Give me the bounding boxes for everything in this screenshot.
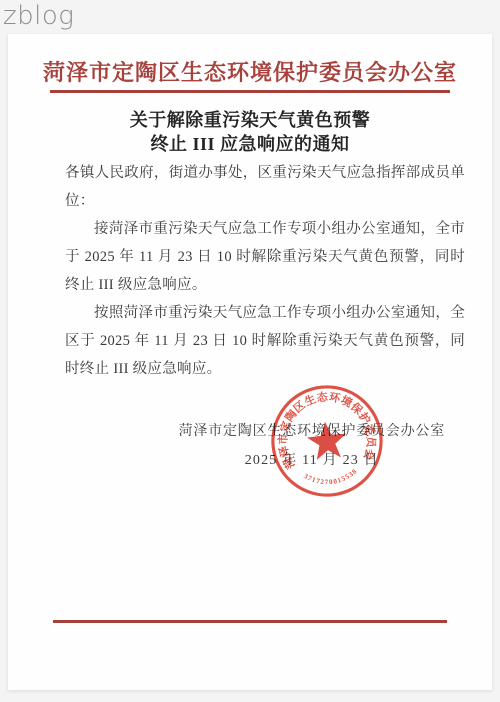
document-title-line1: 关于解除重污染天气黄色预警 xyxy=(8,108,492,132)
site-logo[interactable]: zblog xyxy=(3,1,74,31)
document-org-header: 菏泽市定陶区生态环境保护委员会办公室 xyxy=(8,56,492,87)
signature-org: 菏泽市定陶区生态环境保护委员会办公室 xyxy=(179,424,445,440)
svg-text:3717270015538: 3717270015538 xyxy=(302,467,361,489)
header-divider-line xyxy=(50,90,450,93)
official-notice-document: 菏泽市定陶区生态环境保护委员会办公室 关于解除重污染天气黄色预警 终止 III … xyxy=(8,34,492,690)
document-title: 关于解除重污染天气黄色预警 终止 III 应急响应的通知 xyxy=(8,108,492,156)
signature-date: 2025 年 11 月 23 日 xyxy=(179,453,445,469)
body-paragraph: 接菏泽市重污染天气应急工作专项小组办公室通知，全市于 2025 年 11 月 2… xyxy=(65,215,465,299)
signature-block: 菏泽市定陶区生态环境保护委员会办公室 2025 年 11 月 23 日 xyxy=(179,424,445,469)
document-title-line2: 终止 III 应急响应的通知 xyxy=(8,132,492,156)
salutation-line: 各镇人民政府，街道办事处，区重污染天气应急指挥部成员单位： xyxy=(65,159,465,215)
blog-page: zblog 菏泽市定陶区生态环境保护委员会办公室 关于解除重污染天气黄色预警 终… xyxy=(0,0,500,702)
body-paragraph: 按照菏泽市重污染天气应急工作专项小组办公室通知，全区于 2025 年 11 月 … xyxy=(65,299,465,383)
stamp-serial-number: 3717270015538 xyxy=(302,467,361,489)
footer-divider-line xyxy=(53,620,447,623)
document-body: 各镇人民政府，街道办事处，区重污染天气应急指挥部成员单位： 接菏泽市重污染天气应… xyxy=(65,159,465,383)
